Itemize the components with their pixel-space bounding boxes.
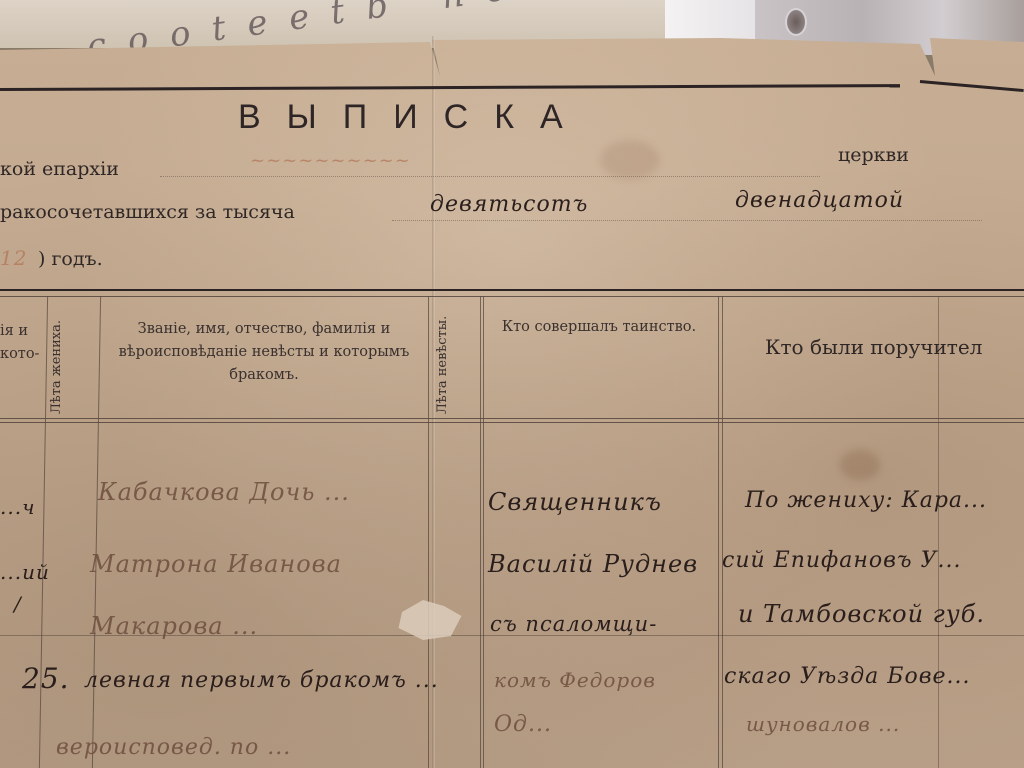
dotted-line [160,176,820,177]
officiant-line: Од... [494,712,552,737]
diocese-label: кой епархіи [0,158,119,180]
married-label: ракосочетавшихся за тысяча [0,201,295,223]
column-header-guarantors: Кто были поручител [765,335,982,359]
officiant-line: Василій Руднев [488,550,698,578]
year-label: ) годъ. [38,248,103,270]
officiant-line: комъ Федоров [494,668,656,692]
column-divider [483,296,484,768]
handwritten-year-number: 12 [0,246,27,270]
column-header-partial: ія и кото- [0,320,40,366]
column-divider [938,296,939,768]
officiant-line: Священникъ [488,488,662,516]
bride-line: Макарова ... [90,612,258,640]
table-top-rule [0,289,1024,291]
column-divider [718,296,719,768]
officiant-line: съ псаломщи- [490,612,657,636]
column-divider [428,296,429,768]
guarantor-line: По жениху: Кара... [745,488,987,513]
bride-line: Кабачкова Дочь ... [98,478,350,506]
bride-line: Матрона Иванова [90,550,342,578]
left-fragment: ...ч [0,495,36,519]
groom-age-value: 25. [22,662,70,695]
bride-line: левная первымъ бракомъ ... [84,668,439,693]
handwritten-year-words-1: девятьсотъ [430,192,588,217]
column-header-groom-age: Лѣта жениха. [48,318,88,414]
table-top-rule-thin [0,296,1024,297]
church-label: церкви [838,144,909,166]
left-fragment: / [14,592,22,616]
header-bottom-rule [0,418,1024,419]
column-divider [722,296,723,768]
column-header-bride-age: Лѣта невѣсты. [434,328,474,414]
document-title: ВЫПИСКА [238,98,589,137]
guarantor-line: шуновалов ... [746,712,900,736]
stain [840,450,880,480]
left-fragment: ...ий [0,560,50,584]
handwritten-year-words-2: двенадцатой [735,188,904,213]
handwritten-faded: ~~~~~~~~~~ [250,150,411,171]
binder-hole [785,8,807,36]
stain [600,140,660,180]
guarantor-line: и Тамбовской губ. [738,600,985,628]
column-divider [480,296,481,768]
header-bottom-rule-2 [0,422,1024,423]
bride-line: вероисповед. по ... [56,735,291,760]
column-header-bride: Званіе, имя, отчество, фамилія и вѣроисп… [108,318,420,387]
dotted-line [392,220,982,221]
guarantor-line: сий Епифановъ У... [722,548,961,573]
column-header-officiant: Кто совершалъ таинство. [488,316,710,339]
guarantor-line: скаго Уѣзда Бове... [724,664,971,689]
